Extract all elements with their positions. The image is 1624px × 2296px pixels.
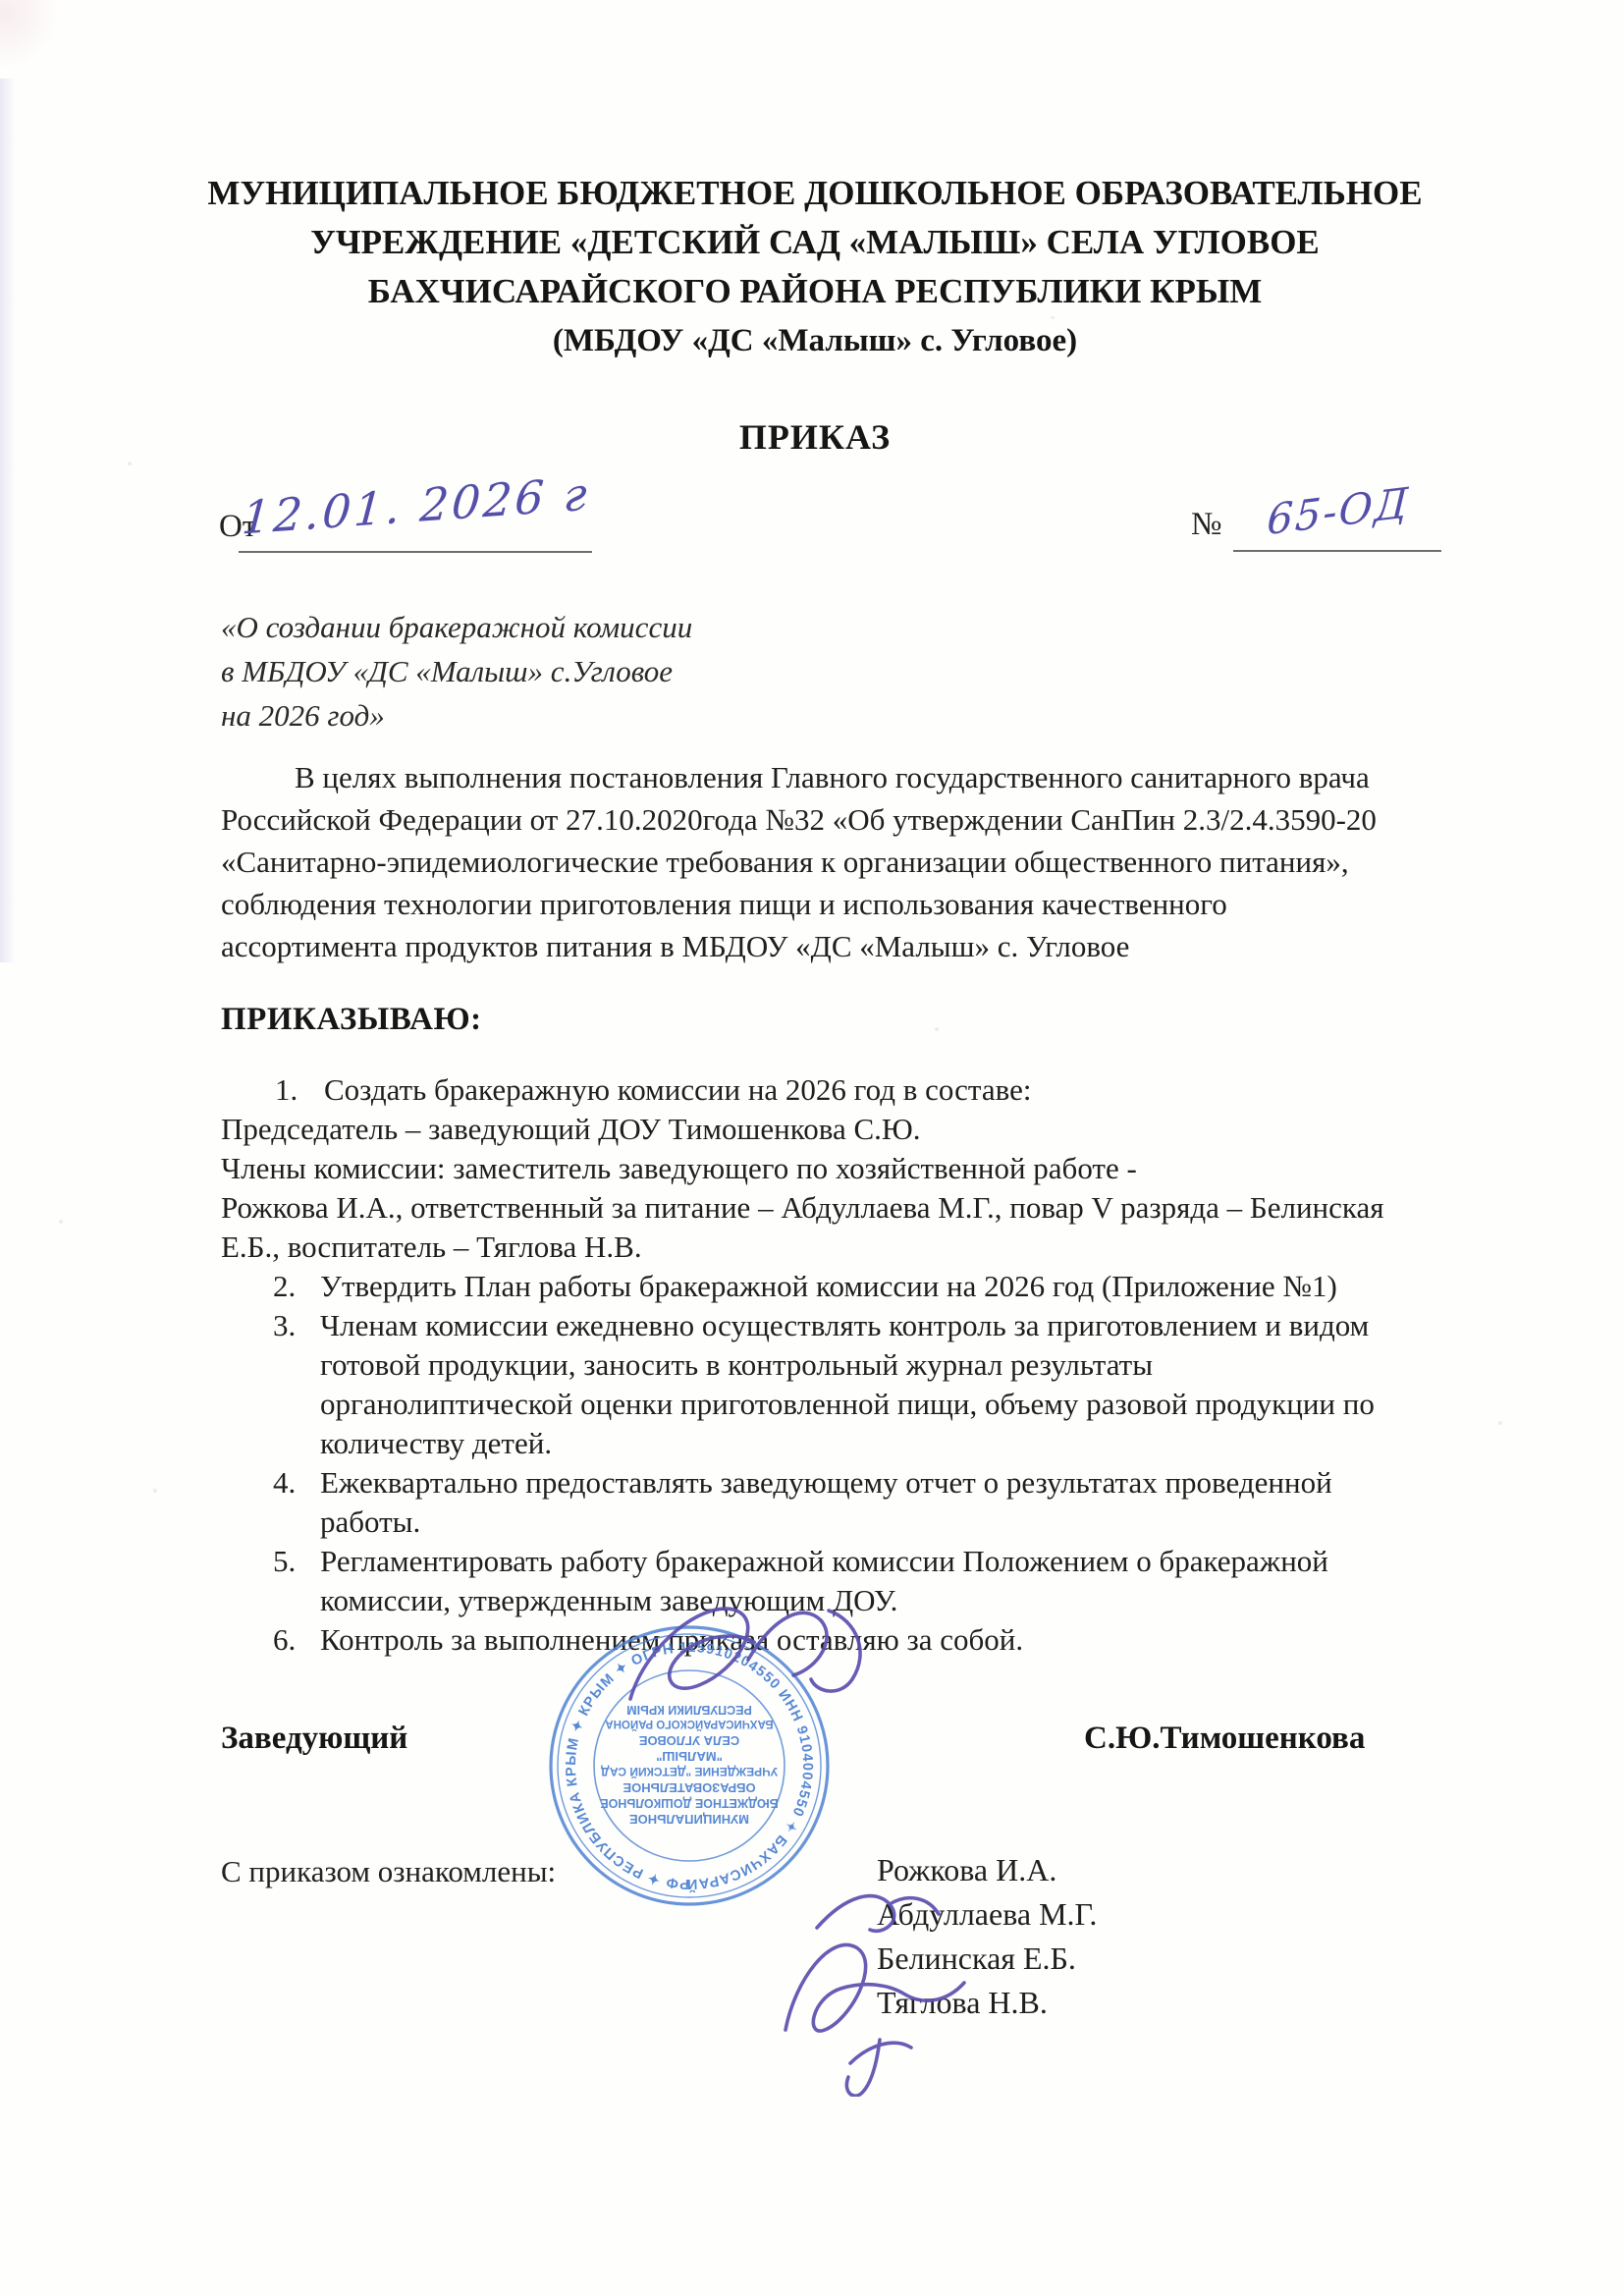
stamp-inner-line-3: ОБРАЗОВАТЕЛЬНОЕ (623, 1780, 756, 1795)
signature-stroke (846, 2040, 911, 2096)
list-item-1: 1.Создать бракеражную комиссии на 2026 г… (221, 1070, 1556, 1110)
list-item-2: 2.Утвердить План работы бракеражной коми… (221, 1267, 1556, 1306)
order-subject: «О создании бракеражной комиссии в МБДОУ… (221, 605, 692, 738)
item-text: Утвердить План работы бракеражной комисс… (320, 1269, 1337, 1303)
item-1-continuation: Рожкова И.А., ответственный за питание –… (221, 1188, 1556, 1228)
order-heading: ПРИКАЗЫВАЮ: (221, 1002, 482, 1038)
date-underline (239, 551, 592, 553)
scan-speck (59, 1220, 63, 1224)
item-text: Регламентировать работу бракеражной коми… (320, 1544, 1328, 1578)
item-number: 2. (273, 1267, 320, 1306)
preamble-line: В целях выполнения постановления Главног… (221, 756, 1527, 798)
list-item-3: 3.Членам комиссии ежедневно осуществлять… (221, 1306, 1556, 1345)
scan-corner-artifact (0, 0, 59, 69)
item-3-wrapped-line: органолиптической оценки приготовленной … (221, 1385, 1556, 1424)
item-3-wrapped-line: количеству детей. (221, 1424, 1556, 1463)
number-underline (1233, 550, 1441, 552)
acknowledgement-label: С приказом ознакомлены: (221, 1854, 556, 1889)
subject-line-2: в МБДОУ «ДС «Малыш» с.Угловое (221, 649, 692, 693)
number-label: № (1191, 507, 1222, 543)
handwritten-date: 12.01. 2026 г (241, 466, 592, 544)
scanned-order-document: МУНИЦИПАЛЬНОЕ БЮДЖЕТНОЕ ДОШКОЛЬНОЕ ОБРАЗ… (0, 0, 1624, 2296)
header-line-3: БАХЧИСАРАЙСКОГО РАЙОНА РЕСПУБЛИКИ КРЫМ (167, 267, 1463, 316)
item-text: Членам комиссии ежедневно осуществлять к… (320, 1308, 1369, 1342)
item-text: Ежеквартально предоставлять заведующему … (320, 1465, 1332, 1500)
director-signature (589, 1583, 913, 1740)
preamble-line: соблюдения технологии приготовления пищи… (221, 883, 1527, 925)
signature-stroke (748, 1613, 827, 1675)
item-1-continuation: Е.Б., воспитатель – Тяглова Н.В. (221, 1228, 1556, 1267)
preamble-line: Российской Федерации от 27.10.2020года №… (221, 798, 1527, 841)
list-item-5: 5.Регламентировать работу бракеражной ко… (221, 1542, 1556, 1581)
item-number: 1. (275, 1070, 324, 1110)
signatory-name: С.Ю.Тимошенкова (1084, 1721, 1365, 1757)
signatory-position: Заведующий (221, 1721, 407, 1757)
organization-header: МУНИЦИПАЛЬНОЕ БЮДЖЕТНОЕ ДОШКОЛЬНОЕ ОБРАЗ… (167, 169, 1463, 365)
subject-line-3: на 2026 год» (221, 693, 692, 738)
item-4-wrapped-line: работы. (221, 1503, 1556, 1542)
header-line-2: УЧРЕЖДЕНИЕ «ДЕТСКИЙ САД «МАЛЫШ» СЕЛА УГЛ… (167, 218, 1463, 267)
scan-speck (935, 1027, 939, 1031)
signature-stroke (785, 1944, 964, 2031)
stamp-inner-line-5: "МАЛЫШ" (656, 1749, 723, 1764)
stamp-inner-line-2: БЮДЖЕТНОЕ ДОШКОЛЬНОЕ (600, 1796, 778, 1810)
signature-stroke (811, 1611, 860, 1691)
stamp-inner-line-1: МУНИЦИПАЛЬНОЕ (629, 1812, 749, 1827)
item-3-wrapped-line: готовой продукции, заносить в контрольны… (221, 1345, 1556, 1385)
scan-edge-artifact (0, 79, 16, 962)
header-line-1: МУНИЦИПАЛЬНОЕ БЮДЖЕТНОЕ ДОШКОЛЬНОЕ ОБРАЗ… (167, 169, 1463, 218)
item-number: 5. (273, 1542, 320, 1581)
preamble-paragraph: В целях выполнения постановления Главног… (221, 756, 1527, 967)
scan-speck (128, 462, 132, 465)
item-1-continuation: Члены комиссии: заместитель заведующего … (221, 1149, 1556, 1188)
item-number: 4. (273, 1463, 320, 1503)
header-line-4: (МБДОУ «ДС «Малыш» с. Угловое) (167, 316, 1463, 365)
item-number: 3. (273, 1306, 320, 1345)
preamble-line: «Санитарно-эпидемиологические требования… (221, 841, 1527, 883)
item-text: Создать бракеражную комиссии на 2026 год… (324, 1072, 1031, 1107)
member-signatures (756, 1881, 1011, 2097)
item-1-continuation: Председатель – заведующий ДОУ Тимошенков… (221, 1110, 1556, 1149)
document-title: ПРИКАЗ (167, 416, 1463, 458)
preamble-line: ассортимента продуктов питания в МБДОУ «… (221, 925, 1527, 967)
handwritten-number: 65-ОД (1266, 478, 1411, 545)
signature-stroke (630, 1609, 754, 1699)
subject-line-1: «О создании бракеражной комиссии (221, 605, 692, 649)
item-number: 6. (273, 1620, 320, 1660)
list-item-4: 4.Ежеквартально предоставлять заведующем… (221, 1463, 1556, 1503)
scan-speck (153, 1489, 157, 1493)
stamp-inner-line-4: УЧРЕЖДЕНИЕ "ДЕТСКИЙ САД (600, 1765, 778, 1779)
signature-stroke (817, 1896, 939, 1932)
order-items-list: 1.Создать бракеражную комиссии на 2026 г… (221, 1070, 1556, 1660)
